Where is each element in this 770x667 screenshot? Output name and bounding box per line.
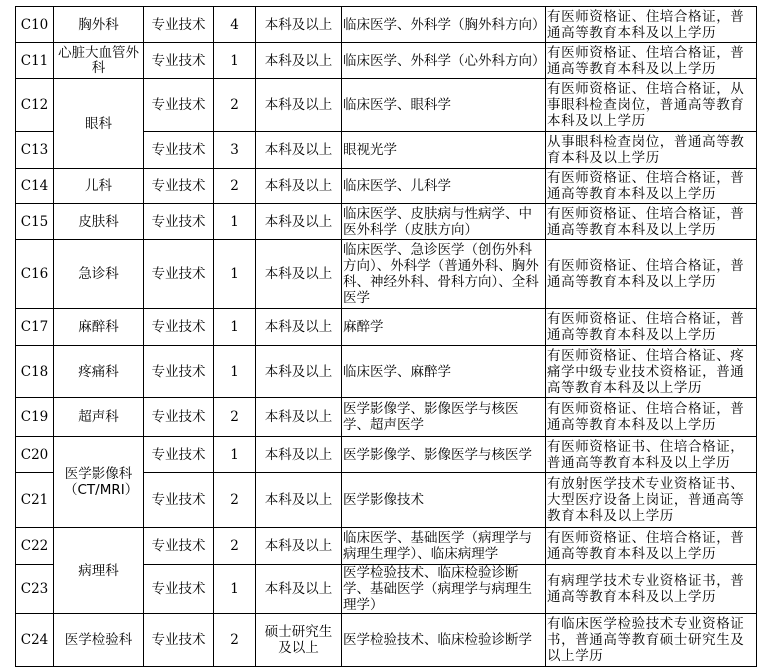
table-row: C19 超声科 专业技术 2 本科及以上 医学影像学、影像医学与核医学、超声医学… (16, 398, 757, 437)
headcount: 1 (214, 309, 256, 346)
headcount: 2 (214, 614, 256, 667)
education: 本科及以上 (256, 43, 342, 79)
position-code: C24 (16, 614, 54, 667)
table-row: C24 医学检验科 专业技术 2 硕士研究生及以上 医学检验技术、临床检验诊断学… (16, 614, 757, 667)
position-type: 专业技术 (144, 79, 214, 132)
department: 心脏大血管外科 (54, 43, 144, 79)
position-type: 专业技术 (144, 565, 214, 614)
major: 医学检验技术、临床检验诊断学、基础医学（病理学与病理生理学） (342, 565, 546, 614)
headcount: 2 (214, 398, 256, 437)
education: 本科及以上 (256, 398, 342, 437)
headcount: 1 (214, 43, 256, 79)
position-code: C18 (16, 346, 54, 398)
position-type: 专业技术 (144, 346, 214, 398)
table-row: C11 心脏大血管外科 专业技术 1 本科及以上 临床医学、外科学（心外科方向）… (16, 43, 757, 79)
major: 医学影像技术 (342, 473, 546, 528)
requirements: 有医师资格证、住培合格证，普通高等教育本科及以上学历 (546, 43, 757, 79)
headcount: 2 (214, 528, 256, 565)
requirements: 有医师资格证、住培合格证，普通高等教育本科及以上学历 (546, 398, 757, 437)
requirements: 有医师资格证、住培合格证，普通高等教育本科及以上学历 (546, 169, 757, 204)
department: 医学检验科 (54, 614, 144, 667)
major: 医学检验技术、临床检验诊断学 (342, 614, 546, 667)
requirements: 有医师资格证、住培合格证，普通高等教育本科及以上学历 (546, 240, 757, 309)
position-type: 专业技术 (144, 398, 214, 437)
requirements: 有放射医学技术专业资格证书、大型医疗设备上岗证，普通高等教育本科及以上学历 (546, 473, 757, 528)
position-code: C17 (16, 309, 54, 346)
education: 本科及以上 (256, 169, 342, 204)
major: 临床医学、眼科学 (342, 79, 546, 132)
department: 麻醉科 (54, 309, 144, 346)
major: 临床医学、急诊医学（创伤外科方向）、外科学（普通外科、胸外科、神经外科、骨科方向… (342, 240, 546, 309)
department: 超声科 (54, 398, 144, 437)
education: 硕士研究生及以上 (256, 614, 342, 667)
education: 本科及以上 (256, 7, 342, 43)
department: 急诊科 (54, 240, 144, 309)
headcount: 1 (214, 240, 256, 309)
headcount: 2 (214, 473, 256, 528)
headcount: 1 (214, 437, 256, 473)
position-code: C16 (16, 240, 54, 309)
education: 本科及以上 (256, 309, 342, 346)
position-type: 专业技术 (144, 437, 214, 473)
department: 胸外科 (54, 7, 144, 43)
major: 临床医学、外科学（胸外科方向） (342, 7, 546, 43)
position-type: 专业技术 (144, 43, 214, 79)
education: 本科及以上 (256, 240, 342, 309)
position-type: 专业技术 (144, 240, 214, 309)
position-type: 专业技术 (144, 204, 214, 240)
education: 本科及以上 (256, 473, 342, 528)
requirements: 有医师资格证书、住培合格证，普通高等教育本科及以上学历 (546, 437, 757, 473)
headcount: 2 (214, 169, 256, 204)
department: 眼科 (54, 79, 144, 169)
major: 医学影像学、影像医学与核医学 (342, 437, 546, 473)
headcount: 2 (214, 79, 256, 132)
department: 儿科 (54, 169, 144, 204)
table-row: C12 眼科 专业技术 2 本科及以上 临床医学、眼科学 有医师资格证、住培合格… (16, 79, 757, 132)
position-type: 专业技术 (144, 473, 214, 528)
table-row: C17 麻醉科 专业技术 1 本科及以上 麻醉学 有医师资格证、住培合格证，普通… (16, 309, 757, 346)
position-code: C14 (16, 169, 54, 204)
education: 本科及以上 (256, 79, 342, 132)
department: 病理科 (54, 528, 144, 614)
requirements: 有医师资格证、住培合格证，普通高等教育本科及以上学历 (546, 528, 757, 565)
position-code: C20 (16, 437, 54, 473)
recruitment-table: C10 胸外科 专业技术 4 本科及以上 临床医学、外科学（胸外科方向） 有医师… (15, 6, 757, 667)
major: 临床医学、外科学（心外科方向） (342, 43, 546, 79)
major: 临床医学、儿科学 (342, 169, 546, 204)
position-type: 专业技术 (144, 132, 214, 169)
headcount: 1 (214, 204, 256, 240)
position-code: C23 (16, 565, 54, 614)
major: 临床医学、皮肤病与性病学、中医外科学（皮肤方向） (342, 204, 546, 240)
headcount: 3 (214, 132, 256, 169)
requirements: 有医师资格证、住培合格证，从事眼科检查岗位，普通高等教育本科及以上学历 (546, 79, 757, 132)
table-row: C14 儿科 专业技术 2 本科及以上 临床医学、儿科学 有医师资格证、住培合格… (16, 169, 757, 204)
major: 医学影像学、影像医学与核医学、超声医学 (342, 398, 546, 437)
requirements: 有医师资格证、住培合格证，普通高等教育本科及以上学历 (546, 7, 757, 43)
position-code: C19 (16, 398, 54, 437)
requirements: 有临床医学检验技术专业资格证书，普通高等教育硕士研究生及以上学历 (546, 614, 757, 667)
position-code: C15 (16, 204, 54, 240)
headcount: 1 (214, 565, 256, 614)
position-code: C13 (16, 132, 54, 169)
position-type: 专业技术 (144, 7, 214, 43)
requirements: 有医师资格证、住培合格证、疼痛学中级专业技术资格证，普通高等教育本科及以上学历 (546, 346, 757, 398)
table-row: C22 病理科 专业技术 2 本科及以上 临床医学、基础医学（病理学与病理生理学… (16, 528, 757, 565)
position-code: C21 (16, 473, 54, 528)
department: 皮肤科 (54, 204, 144, 240)
position-code: C12 (16, 79, 54, 132)
headcount: 1 (214, 346, 256, 398)
education: 本科及以上 (256, 132, 342, 169)
position-type: 专业技术 (144, 528, 214, 565)
requirements: 有病理学技术专业资格证书，普通高等教育本科及以上学历 (546, 565, 757, 614)
requirements: 有医师资格证、住培合格证，普通高等教育本科及以上学历 (546, 309, 757, 346)
requirements: 有医师资格证、住培合格证，普通高等教育本科及以上学历 (546, 204, 757, 240)
major: 麻醉学 (342, 309, 546, 346)
position-code: C22 (16, 528, 54, 565)
position-code: C10 (16, 7, 54, 43)
education: 本科及以上 (256, 528, 342, 565)
table-row: C15 皮肤科 专业技术 1 本科及以上 临床医学、皮肤病与性病学、中医外科学（… (16, 204, 757, 240)
table-row: C18 疼痛科 专业技术 1 本科及以上 临床医学、麻醉学 有医师资格证、住培合… (16, 346, 757, 398)
position-code: C11 (16, 43, 54, 79)
education: 本科及以上 (256, 565, 342, 614)
education: 本科及以上 (256, 346, 342, 398)
department: 医学影像科（CT/MRI） (54, 437, 144, 528)
headcount: 4 (214, 7, 256, 43)
table-row: C10 胸外科 专业技术 4 本科及以上 临床医学、外科学（胸外科方向） 有医师… (16, 7, 757, 43)
major: 临床医学、麻醉学 (342, 346, 546, 398)
major: 眼视光学 (342, 132, 546, 169)
education: 本科及以上 (256, 204, 342, 240)
education: 本科及以上 (256, 437, 342, 473)
table-row: C16 急诊科 专业技术 1 本科及以上 临床医学、急诊医学（创伤外科方向）、外… (16, 240, 757, 309)
department: 疼痛科 (54, 346, 144, 398)
table-row: C20 医学影像科（CT/MRI） 专业技术 1 本科及以上 医学影像学、影像医… (16, 437, 757, 473)
major: 临床医学、基础医学（病理学与病理生理学）、临床病理学 (342, 528, 546, 565)
position-type: 专业技术 (144, 614, 214, 667)
position-type: 专业技术 (144, 169, 214, 204)
requirements: 从事眼科检查岗位，普通高等教育本科及以上学历 (546, 132, 757, 169)
position-type: 专业技术 (144, 309, 214, 346)
